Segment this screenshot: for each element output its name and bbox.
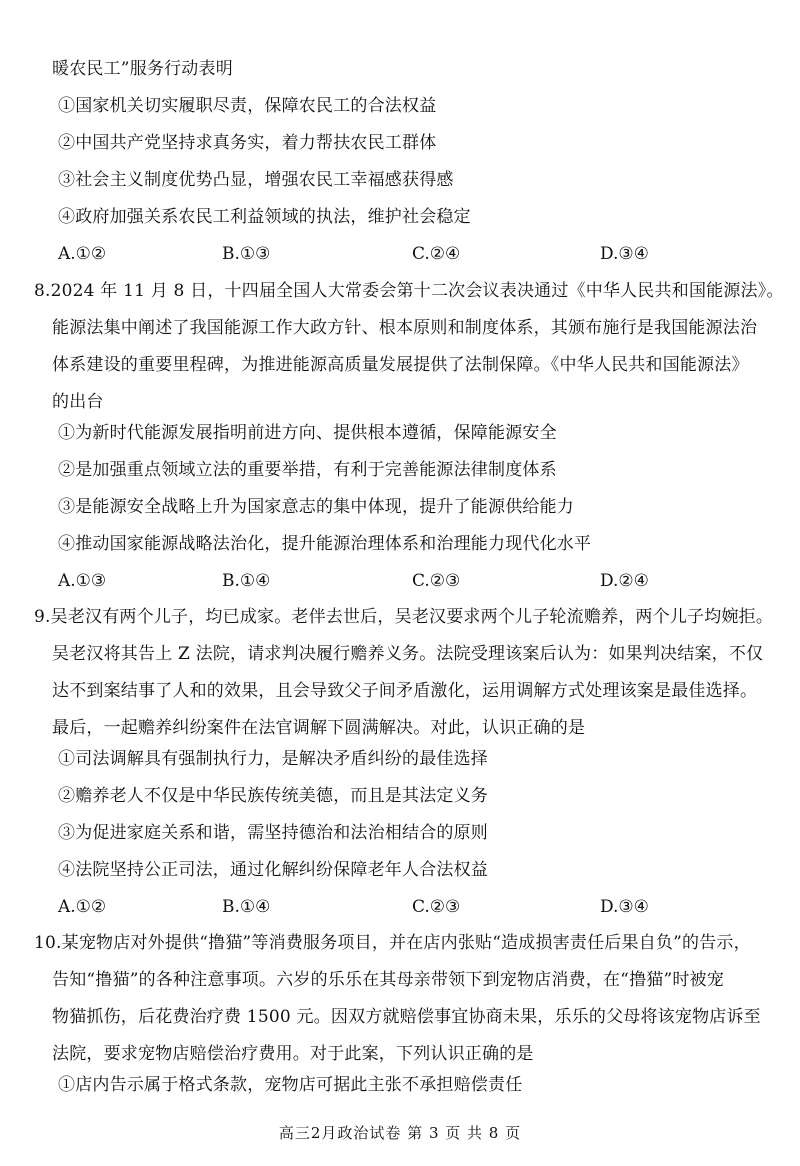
answer-choice-a: A.①③ <box>58 570 106 592</box>
question-stem-line: 体系建设的重要里程碑，为推进能源高质量发展提供了法制保障。《中华人民共和国能源法… <box>52 354 749 376</box>
question-stem-line: 物猫抓伤，后花费治疗费 1500 元。因双方就赔偿事宜协商未果，乐乐的父母将该宠… <box>52 1006 761 1028</box>
question-stem-line: 告知“撸猫”的各种注意事项。六岁的乐乐在其母亲带领下到宠物店消费，在“撸猫”时被… <box>52 969 724 991</box>
question-stem-line: 暖农民工”服务行动表明 <box>52 58 233 80</box>
answer-choice-d: D.③④ <box>600 243 649 265</box>
statement-option: ①司法调解具有强制执行力，是解决矛盾纠纷的最佳选择 <box>58 748 488 770</box>
statement-option: ④政府加强关系农民工利益领域的执法，维护社会稳定 <box>58 206 471 228</box>
answer-choice-b: B.①④ <box>222 896 270 918</box>
statement-option: ①国家机关切实履职尽责，保障农民工的合法权益 <box>58 95 436 117</box>
question-stem-line: 的出台 <box>52 391 104 413</box>
answer-choice-b: B.①③ <box>222 243 270 265</box>
question-stem-line: 能源法集中阐述了我国能源工作大政方针、根本原则和制度体系，其颁布施行是我国能源法… <box>52 317 757 339</box>
statement-option: ④法院坚持公正司法，通过化解纠纷保障老年人合法权益 <box>58 859 488 881</box>
answer-choice-a: A.①② <box>58 896 106 918</box>
answer-choice-a: A.①② <box>58 243 106 265</box>
statement-option: ②是加强重点领域立法的重要举措，有利于完善能源法律制度体系 <box>58 459 557 481</box>
statement-option: ④推动国家能源战略法治化，提升能源治理体系和治理能力现代化水平 <box>58 533 591 555</box>
statement-option: ②赡养老人不仅是中华民族传统美德，而且是其法定义务 <box>58 785 488 807</box>
question-stem-line: 吴老汉将其告上 Z 法院，请求判决履行赡养义务。法院受理该案后认为：如果判决结案… <box>52 643 763 665</box>
answer-choice-c: C.②③ <box>412 896 460 918</box>
statement-option: ②中国共产党坚持求真务实，着力帮扶农民工群体 <box>58 132 436 154</box>
question-stem-line: 达不到案结事了人和的效果，且会导致父子间矛盾激化，运用调解方式处理该案是最佳选择… <box>52 680 757 702</box>
answer-choice-d: D.③④ <box>600 896 649 918</box>
statement-option: ①为新时代能源发展指明前进方向、提供根本遵循，保障能源安全 <box>58 422 557 444</box>
answer-choice-b: B.①④ <box>222 570 270 592</box>
statement-option: ①店内告示属于格式条款，宠物店可据此主张不承担赔偿责任 <box>58 1074 522 1096</box>
question-stem-line: 最后，一起赡养纠纷案件在法官调解下圆满解决。对此，认识正确的是 <box>52 717 585 739</box>
statement-option: ③为促进家庭关系和谐，需坚持德治和法治相结合的原则 <box>58 822 488 844</box>
statement-option: ③是能源安全战略上升为国家意志的集中体现，提升了能源供给能力 <box>58 496 574 518</box>
answer-choice-d: D.②④ <box>600 570 649 592</box>
exam-page: 暖农民工”服务行动表明 ①国家机关切实履职尽责，保障农民工的合法权益 ②中国共产… <box>0 0 800 1166</box>
page-footer: 高三2月政治试卷 第 3 页 共 8 页 <box>0 1122 800 1143</box>
answer-choice-c: C.②③ <box>412 570 460 592</box>
question-stem-line: 法院，要求宠物店赔偿治疗费用。对于此案，下列认识正确的是 <box>52 1043 534 1065</box>
answer-choice-c: C.②④ <box>412 243 460 265</box>
statement-option: ③社会主义制度优势凸显，增强农民工幸福感获得感 <box>58 169 454 191</box>
question-stem-line: 8.2024 年 11 月 8 日，十四届全国人大常委会第十二次会议表决通过《中… <box>34 280 784 302</box>
question-stem-line: 9.吴老汉有两个儿子，均已成家。老伴去世后，吴老汉要求两个儿子轮流赡养，两个儿子… <box>34 606 773 628</box>
question-stem-line: 10.某宠物店对外提供“撸猫”等消费服务项目，并在店内张贴“造成损害责任后果自负… <box>34 932 751 954</box>
